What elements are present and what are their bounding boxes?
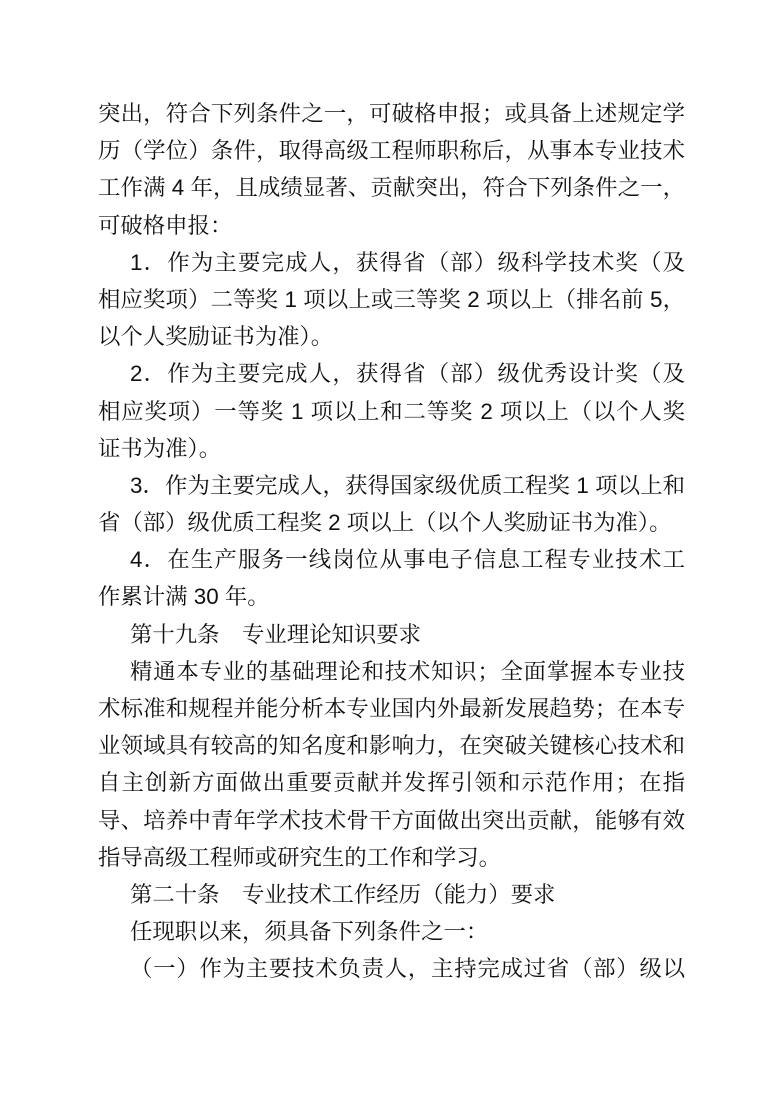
list-item-2-line: 相应奖项）一等奖 1 项以上和二等奖 2 项以上（以个人奖励 bbox=[98, 393, 685, 430]
doc-line: 自主创新方面做出重要贡献并发挥引领和示范作用；在指 bbox=[98, 764, 685, 801]
doc-line: 术标准和规程并能分析本专业国内外最新发展趋势；在本专 bbox=[98, 690, 685, 727]
list-item-3-line: 省（部）级优质工程奖 2 项以上（以个人奖励证书为准）。 bbox=[98, 504, 685, 541]
doc-line: 业领域具有较高的知名度和影响力，在突破关键核心技术和 bbox=[98, 727, 685, 764]
list-item-4-line: 4．在生产服务一线岗位从事电子信息工程专业技术工 bbox=[98, 541, 685, 578]
doc-line: 精通本专业的基础理论和技术知识；全面掌握本专业技 bbox=[98, 653, 685, 690]
document-page: 突出，符合下列条件之一，可破格申报；或具备上述规定学 历（学位）条件，取得高级工… bbox=[0, 0, 777, 1099]
list-item-3-line: 3．作为主要完成人，获得国家级优质工程奖 1 项以上和 bbox=[98, 467, 685, 504]
doc-line: 导、培养中青年学术技术骨干方面做出突出贡献，能够有效 bbox=[98, 802, 685, 839]
list-item-1-line: 以个人奖励证书为准）。 bbox=[98, 318, 685, 355]
doc-line: 突出，符合下列条件之一，可破格申报；或具备上述规定学 bbox=[98, 95, 685, 132]
article-20-heading: 第二十条 专业技术工作经历（能力）要求 bbox=[98, 876, 685, 913]
article-19-heading: 第十九条 专业理论知识要求 bbox=[98, 616, 685, 653]
doc-line: （一）作为主要技术负责人，主持完成过省（部）级以 bbox=[98, 950, 685, 987]
list-item-2-line: 证书为准）。 bbox=[98, 430, 685, 467]
list-item-2-line: 2．作为主要完成人，获得省（部）级优秀设计奖（及 bbox=[98, 355, 685, 392]
doc-line: 指导高级工程师或研究生的工作和学习。 bbox=[98, 839, 685, 876]
document-text-block: 突出，符合下列条件之一，可破格申报；或具备上述规定学 历（学位）条件，取得高级工… bbox=[98, 95, 685, 988]
list-item-1-line: 1．作为主要完成人，获得省（部）级科学技术奖（及 bbox=[98, 244, 685, 281]
doc-line: 任现职以来，须具备下列条件之一： bbox=[98, 913, 685, 950]
doc-line: 可破格申报： bbox=[98, 207, 685, 244]
doc-line: 工作满 4 年，且成绩显著、贡献突出，符合下列条件之一， bbox=[98, 169, 685, 206]
doc-line: 历（学位）条件，取得高级工程师职称后，从事本专业技术 bbox=[98, 132, 685, 169]
list-item-4-line: 作累计满 30 年。 bbox=[98, 578, 685, 615]
list-item-1-line: 相应奖项）二等奖 1 项以上或三等奖 2 项以上（排名前 5， bbox=[98, 281, 685, 318]
